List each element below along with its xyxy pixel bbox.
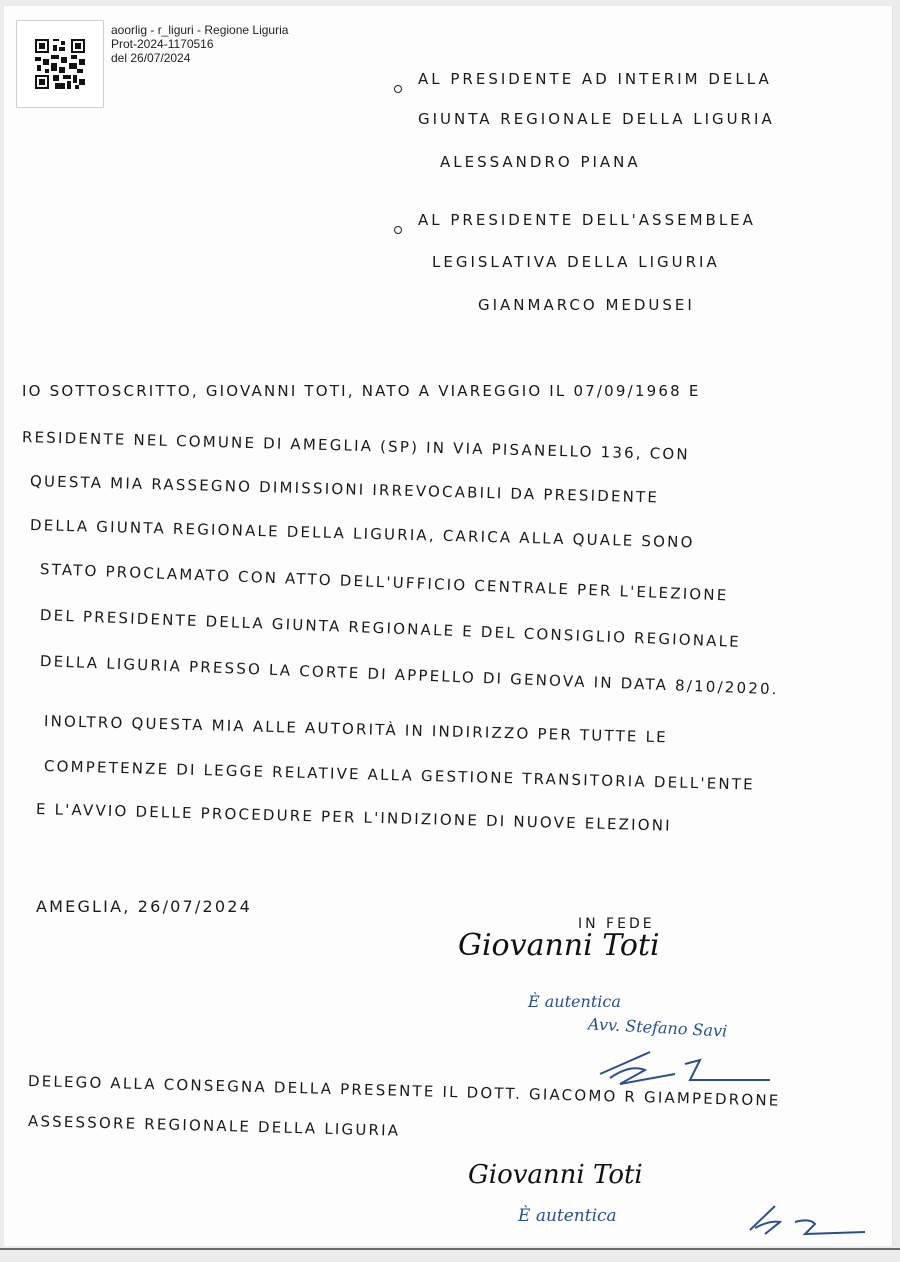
protocol-date: del 26/07/2024 — [111, 51, 288, 65]
bullet-icon — [394, 226, 402, 234]
bullet-icon — [394, 85, 402, 93]
signature-toti-delegation: Giovanni Toti — [468, 1160, 643, 1190]
place-date: AMEGLIA, 26/07/2024 — [36, 897, 252, 916]
qr-code-icon — [16, 20, 104, 108]
signature-toti: Giovanni Toti — [458, 928, 660, 963]
recipient-1-name: ALESSANDRO PIANA — [440, 153, 641, 171]
lawyer-signature-icon — [590, 1044, 780, 1088]
protocol-number: Prot-2024-1170516 — [111, 37, 288, 51]
recipient-2-name: GIANMARCO MEDUSEI — [478, 296, 695, 314]
recipient-2-line-1: AL PRESIDENTE DELL'ASSEMBLEA — [418, 211, 756, 229]
page-bottom-edge — [0, 1248, 900, 1250]
body-line: IO SOTTOSCRITTO, GIOVANNI TOTI, NATO A V… — [22, 382, 701, 400]
recipient-1-line-2: GIUNTA REGIONALE DELLA LIGURIA — [418, 110, 775, 128]
protocol-stamp: aoorlig - r_liguri - Regione Liguria Pro… — [111, 23, 288, 65]
protocol-registry: aoorlig - r_liguri - Regione Liguria — [111, 23, 288, 37]
authentication-note: È autentica — [528, 992, 621, 1011]
lawyer-signature-icon — [740, 1200, 870, 1240]
recipient-1-line-1: AL PRESIDENTE AD INTERIM DELLA — [418, 70, 772, 88]
recipient-2-line-2: LEGISLATIVA DELLA LIGURIA — [432, 253, 720, 271]
authentication-note-delegation: È autentica — [518, 1206, 617, 1226]
